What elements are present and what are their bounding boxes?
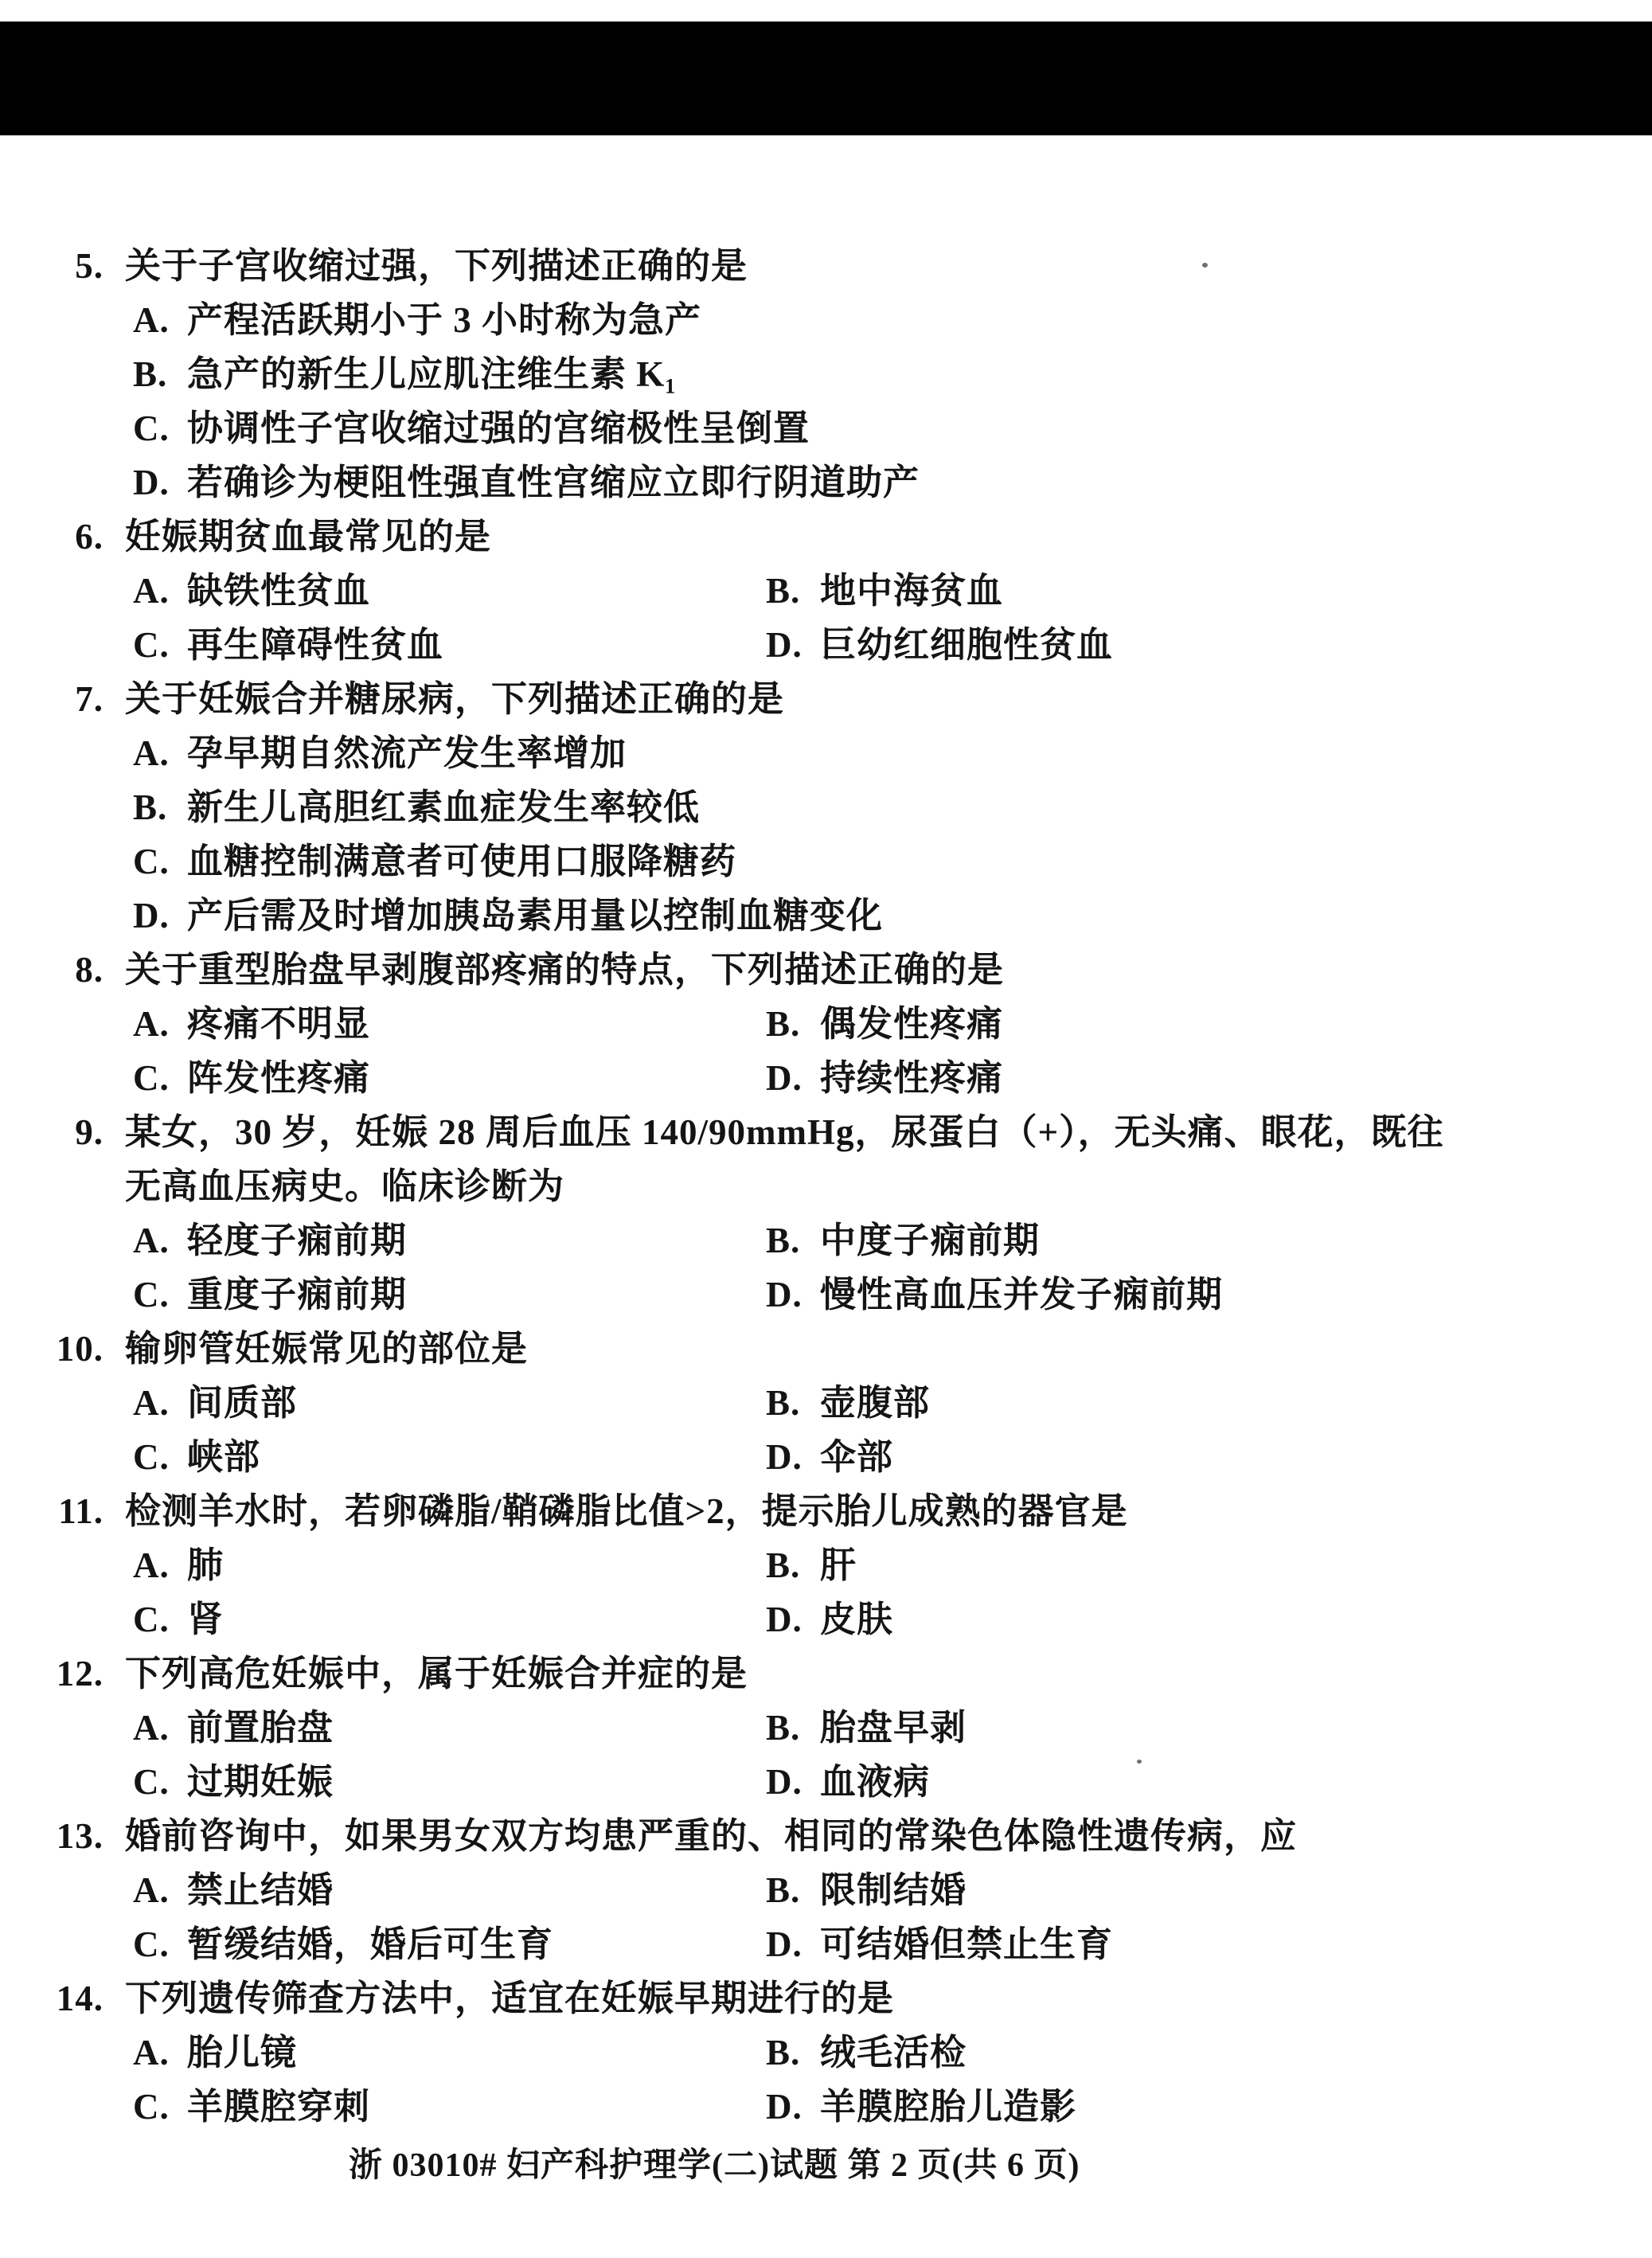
option-text: 血液病	[820, 1762, 930, 1802]
question-text: 婚前咨询中，如果男女双方均患严重的、相同的常染色体隐性遗传病，应	[125, 1809, 1297, 1863]
option-label: D.	[766, 1755, 820, 1809]
option-text: 羊膜腔胎儿造影	[820, 2087, 1076, 2127]
option: D.血液病	[766, 1755, 930, 1809]
option: B.限制结婚	[766, 1863, 967, 1917]
option-text: 肺	[187, 1545, 224, 1585]
option-label: A.	[133, 1213, 187, 1268]
option-text: 急产的新生儿应肌注维生素 K₁	[187, 354, 677, 394]
option-label: C.	[133, 1268, 187, 1322]
option-text: 巨幼红细胞性贫血	[820, 625, 1113, 665]
option-label: D.	[133, 455, 187, 510]
option-label: C.	[133, 1430, 187, 1484]
scan-speck	[1137, 1760, 1142, 1764]
option: A.疼痛不明显	[133, 997, 370, 1051]
option-row: C.再生障碍性贫血D.巨幼红细胞性贫血	[0, 618, 1652, 672]
option-row: A.禁止结婚B.限制结婚	[0, 1863, 1652, 1917]
question-text: 无高血压病史。临床诊断为	[125, 1159, 564, 1213]
option-label: C.	[133, 1592, 187, 1647]
option-label: B.	[766, 564, 820, 618]
option: C.过期妊娠	[133, 1755, 334, 1809]
option-label: B.	[766, 1701, 820, 1755]
option: D.可结婚但禁止生育	[766, 1917, 1113, 1971]
question-line: 6.妊娠期贫血最常见的是	[0, 510, 1652, 564]
option-text: 再生障碍性贫血	[187, 625, 443, 665]
option-text: 前置胎盘	[187, 1708, 334, 1748]
question-text: 关于重型胎盘早剥腹部疼痛的特点，下列描述正确的是	[125, 943, 1004, 997]
option-row: A.前置胎盘B.胎盘早剥	[0, 1701, 1652, 1755]
question-number: 6.	[0, 510, 103, 564]
option: A.禁止结婚	[133, 1863, 334, 1917]
option-text: 羊膜腔穿刺	[187, 2087, 370, 2127]
option: C.协调性子宫收缩过强的宫缩极性呈倒置	[133, 401, 810, 455]
option-text: 皮肤	[820, 1600, 893, 1639]
option-label: A.	[133, 1376, 187, 1430]
option: A.间质部	[133, 1376, 297, 1430]
option: B.壶腹部	[766, 1376, 930, 1430]
option-label: B.	[766, 2026, 820, 2080]
option-row: B.急产的新生儿应肌注维生素 K₁	[0, 347, 1652, 401]
option: D.若确诊为梗阻性强直性宫缩应立即行阴道助产	[133, 455, 920, 510]
option: B.中度子痫前期	[766, 1213, 1040, 1268]
option: B.胎盘早剥	[766, 1701, 967, 1755]
option-label: A.	[133, 293, 187, 347]
scan-top-black-bar	[0, 21, 1652, 135]
option-row: C.暂缓结婚，婚后可生育D.可结婚但禁止生育	[0, 1917, 1652, 1971]
page-footer: 浙 03010# 妇产科护理学(二)试题 第 2 页(共 6 页)	[349, 2139, 1080, 2186]
option-label: C.	[133, 1917, 187, 1971]
option-label: C.	[133, 2080, 187, 2134]
option-label: C.	[133, 1051, 187, 1105]
option-text: 阵发性疼痛	[187, 1058, 370, 1098]
option-text: 血糖控制满意者可使用口服降糖药	[187, 842, 736, 881]
option-row: C.峡部D.伞部	[0, 1430, 1652, 1484]
option: B.绒毛活检	[766, 2026, 967, 2080]
option-text: 肝	[820, 1545, 857, 1585]
option-row: C.重度子痫前期D.慢性高血压并发子痫前期	[0, 1268, 1652, 1322]
option-row: A.间质部B.壶腹部	[0, 1376, 1652, 1430]
option-label: C.	[133, 834, 187, 889]
option: C.暂缓结婚，婚后可生育	[133, 1917, 553, 1971]
option-label: A.	[133, 1863, 187, 1917]
option: A.产程活跃期小于 3 小时称为急产	[133, 293, 701, 347]
option: C.血糖控制满意者可使用口服降糖药	[133, 834, 736, 889]
option-text: 地中海贫血	[820, 571, 1003, 611]
option-row: C.过期妊娠D.血液病	[0, 1755, 1652, 1809]
question-text: 关于妊娠合并糖尿病，下列描述正确的是	[125, 672, 784, 726]
option-label: B.	[766, 1213, 820, 1268]
question-number: 9.	[0, 1105, 103, 1159]
option-label: D.	[766, 2080, 820, 2134]
option: D.巨幼红细胞性贫血	[766, 618, 1113, 672]
option-label: B.	[766, 1376, 820, 1430]
option-label: D.	[766, 1430, 820, 1484]
option-row: A.轻度子痫前期B.中度子痫前期	[0, 1213, 1652, 1268]
option-text: 暂缓结婚，婚后可生育	[187, 1924, 553, 1964]
question-line: 8.关于重型胎盘早剥腹部疼痛的特点，下列描述正确的是	[0, 943, 1652, 997]
option-row: A.疼痛不明显B.偶发性疼痛	[0, 997, 1652, 1051]
question-text: 下列高危妊娠中，属于妊娠合并症的是	[125, 1647, 748, 1701]
option: C.重度子痫前期	[133, 1268, 407, 1322]
option: D.持续性疼痛	[766, 1051, 1003, 1105]
option: C.再生障碍性贫血	[133, 618, 443, 672]
option: B.肝	[766, 1538, 857, 1592]
question-text: 输卵管妊娠常见的部位是	[125, 1322, 528, 1376]
option: C.肾	[133, 1592, 224, 1647]
option: C.阵发性疼痛	[133, 1051, 370, 1105]
option-label: D.	[766, 1917, 820, 1971]
question-line: 9.某女，30 岁，妊娠 28 周后血压 140/90mmHg，尿蛋白（+），无…	[0, 1105, 1652, 1159]
option-text: 绒毛活检	[820, 2033, 967, 2072]
question-text: 妊娠期贫血最常见的是	[125, 510, 491, 564]
option-text: 间质部	[187, 1383, 297, 1423]
option-label: D.	[766, 618, 820, 672]
question-line: 5.关于子宫收缩过强，下列描述正确的是	[0, 239, 1652, 293]
option-label: A.	[133, 564, 187, 618]
question-text: 关于子宫收缩过强，下列描述正确的是	[125, 239, 748, 293]
option-label: A.	[133, 997, 187, 1051]
option-row: A.胎儿镜B.绒毛活检	[0, 2026, 1652, 2080]
option-text: 新生儿高胆红素血症发生率较低	[187, 787, 700, 827]
option-label: C.	[133, 618, 187, 672]
option-label: A.	[133, 1538, 187, 1592]
question-number: 7.	[0, 672, 103, 726]
question-number: 13.	[0, 1809, 103, 1863]
option-text: 肾	[187, 1600, 224, 1639]
option-text: 禁止结婚	[187, 1870, 334, 1910]
option-text: 限制结婚	[820, 1870, 967, 1910]
option-row: A.产程活跃期小于 3 小时称为急产	[0, 293, 1652, 347]
question-line: 11.检测羊水时，若卵磷脂/鞘磷脂比值>2，提示胎儿成熟的器官是	[0, 1484, 1652, 1538]
option-text: 壶腹部	[820, 1383, 930, 1423]
option-label: B.	[766, 1538, 820, 1592]
option-text: 偶发性疼痛	[820, 1004, 1003, 1044]
option-text: 轻度子痫前期	[187, 1221, 407, 1260]
option-text: 胎盘早剥	[820, 1708, 967, 1748]
question-line: 13.婚前咨询中，如果男女双方均患严重的、相同的常染色体隐性遗传病，应	[0, 1809, 1652, 1863]
option: A.前置胎盘	[133, 1701, 334, 1755]
option-text: 持续性疼痛	[820, 1058, 1003, 1098]
option: A.肺	[133, 1538, 224, 1592]
question-number: 12.	[0, 1647, 103, 1701]
option: A.孕早期自然流产发生率增加	[133, 726, 627, 780]
option-label: D.	[766, 1051, 820, 1105]
option-text: 产程活跃期小于 3 小时称为急产	[187, 300, 701, 340]
question-number: 8.	[0, 943, 103, 997]
option-row: C.阵发性疼痛D.持续性疼痛	[0, 1051, 1652, 1105]
question-number: 14.	[0, 1971, 103, 2026]
option-label: B.	[133, 347, 187, 401]
option-text: 重度子痫前期	[187, 1275, 407, 1315]
option-row: D.若确诊为梗阻性强直性宫缩应立即行阴道助产	[0, 455, 1652, 510]
page-footer-text: 浙 03010# 妇产科护理学(二)试题 第 2 页(共 6 页)	[349, 2147, 1080, 2184]
option-row: C.羊膜腔穿刺D.羊膜腔胎儿造影	[0, 2080, 1652, 2134]
question-line: 10.输卵管妊娠常见的部位是	[0, 1322, 1652, 1376]
option: D.慢性高血压并发子痫前期	[766, 1268, 1223, 1322]
option: B.偶发性疼痛	[766, 997, 1003, 1051]
option-label: A.	[133, 1701, 187, 1755]
option: B.地中海贫血	[766, 564, 1003, 618]
option-row: C.血糖控制满意者可使用口服降糖药	[0, 834, 1652, 889]
option: B.急产的新生儿应肌注维生素 K₁	[133, 347, 677, 401]
option-text: 中度子痫前期	[820, 1221, 1040, 1260]
option-row: B.新生儿高胆红素血症发生率较低	[0, 780, 1652, 834]
option-label: D.	[766, 1592, 820, 1647]
question-text: 某女，30 岁，妊娠 28 周后血压 140/90mmHg，尿蛋白（+），无头痛…	[125, 1105, 1444, 1159]
question-number: 11.	[0, 1484, 103, 1538]
option: D.产后需及时增加胰岛素用量以控制血糖变化	[133, 889, 883, 943]
option: A.胎儿镜	[133, 2026, 297, 2080]
option-text: 过期妊娠	[187, 1762, 334, 1802]
option-label: A.	[133, 726, 187, 780]
option-text: 伞部	[820, 1437, 893, 1477]
question-line: 12.下列高危妊娠中，属于妊娠合并症的是	[0, 1647, 1652, 1701]
option: B.新生儿高胆红素血症发生率较低	[133, 780, 700, 834]
option-text: 胎儿镜	[187, 2033, 297, 2072]
option-text: 若确诊为梗阻性强直性宫缩应立即行阴道助产	[187, 463, 920, 502]
option-row: A.孕早期自然流产发生率增加	[0, 726, 1652, 780]
question-line: 7.关于妊娠合并糖尿病，下列描述正确的是	[0, 672, 1652, 726]
question-text: 下列遗传筛查方法中，适宜在妊娠早期进行的是	[125, 1971, 894, 2026]
option-text: 可结婚但禁止生育	[820, 1924, 1113, 1964]
option-label: C.	[133, 1755, 187, 1809]
option-text: 孕早期自然流产发生率增加	[187, 733, 627, 773]
option-text: 峡部	[187, 1437, 260, 1477]
option-row: A.肺B.肝	[0, 1538, 1652, 1592]
option-row: D.产后需及时增加胰岛素用量以控制血糖变化	[0, 889, 1652, 943]
exam-scan-page: 5.关于子宫收缩过强，下列描述正确的是A.产程活跃期小于 3 小时称为急产B.急…	[0, 0, 1652, 2258]
option: D.羊膜腔胎儿造影	[766, 2080, 1076, 2134]
option: C.羊膜腔穿刺	[133, 2080, 370, 2134]
question-list: 5.关于子宫收缩过强，下列描述正确的是A.产程活跃期小于 3 小时称为急产B.急…	[0, 239, 1652, 2134]
option-label: C.	[133, 401, 187, 455]
question-number: 10.	[0, 1322, 103, 1376]
option: C.峡部	[133, 1430, 260, 1484]
scan-speck	[1202, 263, 1208, 268]
option-row: C.协调性子宫收缩过强的宫缩极性呈倒置	[0, 401, 1652, 455]
option-label: B.	[133, 780, 187, 834]
option-label: A.	[133, 2026, 187, 2080]
option-row: A.缺铁性贫血B.地中海贫血	[0, 564, 1652, 618]
option-label: B.	[766, 997, 820, 1051]
option: A.缺铁性贫血	[133, 564, 370, 618]
option: D.皮肤	[766, 1592, 893, 1647]
question-number: 5.	[0, 239, 103, 293]
option-label: B.	[766, 1863, 820, 1917]
question-text: 检测羊水时，若卵磷脂/鞘磷脂比值>2，提示胎儿成熟的器官是	[125, 1484, 1128, 1538]
option-label: D.	[766, 1268, 820, 1322]
question-line: 14.下列遗传筛查方法中，适宜在妊娠早期进行的是	[0, 1971, 1652, 2026]
option-text: 慢性高血压并发子痫前期	[820, 1275, 1223, 1315]
option-text: 协调性子宫收缩过强的宫缩极性呈倒置	[187, 408, 810, 448]
option: A.轻度子痫前期	[133, 1213, 407, 1268]
option-text: 缺铁性贫血	[187, 571, 370, 611]
option-label: D.	[133, 889, 187, 943]
option-text: 疼痛不明显	[187, 1004, 370, 1044]
option-text: 产后需及时增加胰岛素用量以控制血糖变化	[187, 896, 883, 936]
question-line: 无高血压病史。临床诊断为	[0, 1159, 1652, 1213]
option-row: C.肾D.皮肤	[0, 1592, 1652, 1647]
option: D.伞部	[766, 1430, 893, 1484]
